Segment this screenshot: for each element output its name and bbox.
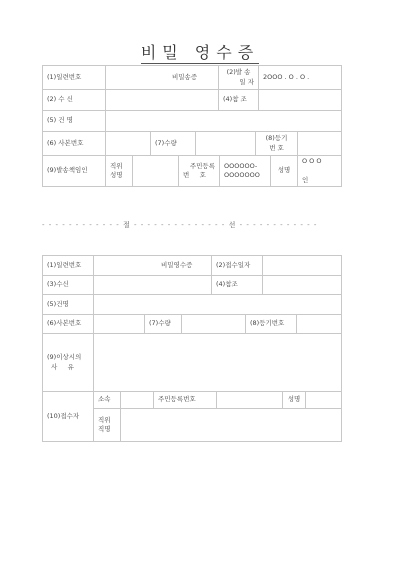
label-reference-2: (4)참조 xyxy=(211,275,263,295)
field-recipient-2[interactable] xyxy=(93,275,212,295)
field-id-number-2[interactable] xyxy=(216,391,283,409)
field-serial[interactable]: 비밀송증 xyxy=(105,65,219,90)
field-reference[interactable] xyxy=(258,89,342,111)
label-subject-2: (5)건명 xyxy=(42,294,94,315)
label-position: 직위 성명 xyxy=(105,155,133,187)
document-title: 비밀 영수증 xyxy=(0,40,400,63)
field-name[interactable]: O O O 인 xyxy=(297,155,342,187)
label-receiver: (10)접수자 xyxy=(42,391,94,442)
label-anomaly-reason: (9)이상시의 사 유 xyxy=(42,333,94,392)
label-id-number-2: 주민등록번호 xyxy=(153,391,217,409)
label-affiliation: 소속 xyxy=(93,391,121,409)
field-send-date[interactable]: 2OOO . O . O . xyxy=(258,65,342,90)
label-sender: (9)발송책임인 xyxy=(42,155,106,187)
cut-line: - - - - - - - - - - - - 절 - - - - - - - … xyxy=(42,220,302,230)
field-copy-no-2[interactable] xyxy=(93,314,145,334)
label-copy-no-2: (6)사본번호 xyxy=(42,314,94,334)
label-subject: (5) 건 명 xyxy=(42,110,106,132)
label-reg-no-2: (8)등기번호 xyxy=(245,314,297,334)
field-name-2[interactable] xyxy=(305,391,342,409)
seal-mark: 인 xyxy=(302,176,308,185)
label-reg-no: (8)등기 번 호 xyxy=(255,131,298,156)
field-quantity[interactable] xyxy=(195,131,256,156)
label-id-number: 주민등록 번 호 xyxy=(178,155,220,187)
label-reference: (4)참 조 xyxy=(218,89,259,111)
label-quantity: (7)수량 xyxy=(150,131,196,156)
label-quantity-2: (7)수량 xyxy=(144,314,182,334)
field-id-number[interactable]: OOOOOO- OOOOOOO xyxy=(219,155,271,187)
field-position[interactable] xyxy=(132,155,179,187)
field-subject[interactable] xyxy=(105,110,342,132)
field-reference-2[interactable] xyxy=(262,275,342,295)
label-serial-2: (1)일련번호 xyxy=(42,255,94,276)
field-copy-no[interactable] xyxy=(105,131,151,156)
label-serial: (1)일련번호 xyxy=(42,65,106,90)
field-anomaly-reason[interactable] xyxy=(93,333,342,392)
label-send-date: (2)발 송 일 자 xyxy=(218,65,259,90)
label-recipient-2: (3)수신 xyxy=(42,275,94,295)
field-quantity-2[interactable] xyxy=(181,314,246,334)
label-receipt-date: (2)접수일자 xyxy=(211,255,263,276)
field-position-2[interactable] xyxy=(120,408,342,442)
field-receipt-date[interactable] xyxy=(262,255,342,276)
label-name: 성명 xyxy=(270,155,298,187)
label-recipient: (2) 수 신 xyxy=(42,89,106,111)
label-position-2: 직위 직명 xyxy=(93,408,121,442)
field-reg-no-2[interactable] xyxy=(296,314,342,334)
field-subject-2[interactable] xyxy=(93,294,342,315)
label-name-2: 성명 xyxy=(282,391,306,409)
field-affiliation[interactable] xyxy=(120,391,154,409)
field-serial-2[interactable]: 비밀영수증 xyxy=(93,255,212,276)
label-copy-no: (6) 사본번호 xyxy=(42,131,106,156)
field-recipient[interactable] xyxy=(105,89,219,111)
field-reg-no[interactable] xyxy=(297,131,342,156)
